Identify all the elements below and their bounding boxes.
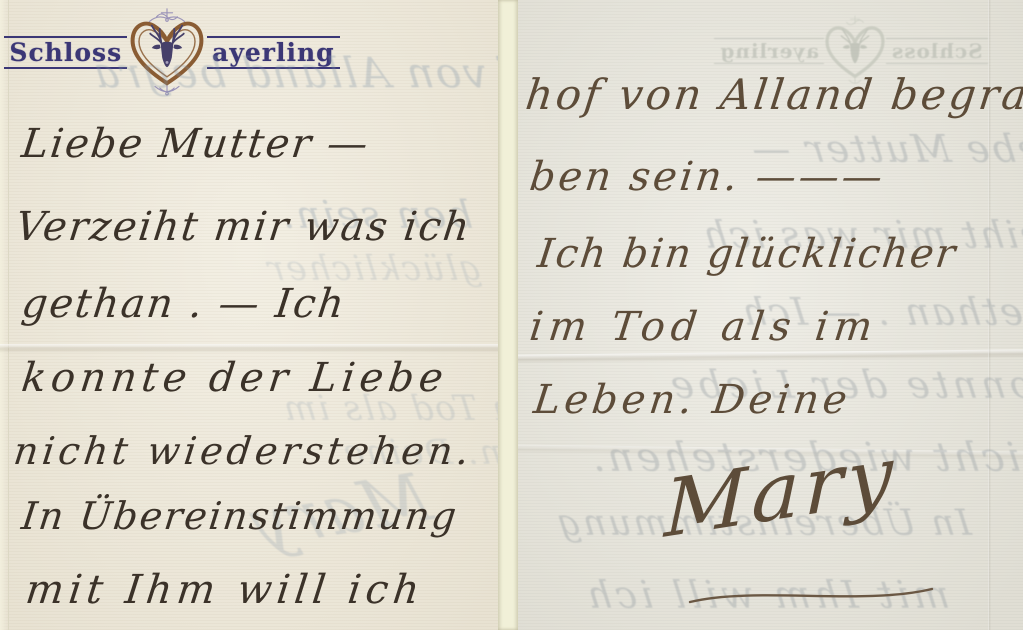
page-edge <box>0 0 9 630</box>
page-gap <box>498 0 518 630</box>
handwriting-line-salutation: Liebe Mutter — <box>20 124 372 164</box>
handwriting-line-closing: Leben. Deine <box>532 380 854 420</box>
letter-scan: Schloss <box>0 0 1023 630</box>
letter-page-left: Schloss <box>0 0 498 630</box>
handwriting-line: Verzeiht mir was ich <box>14 207 474 247</box>
handwriting-line: Ich bin glücklicher <box>536 234 960 274</box>
fold-crease <box>518 349 1023 363</box>
bleedthrough-line: hof von Alland begra <box>89 52 498 94</box>
handwriting-line: In Übereinstimmung <box>20 497 461 535</box>
letter-page-right: Schloss <box>518 0 1023 630</box>
handwriting-line: hof von Alland begra <box>523 74 1023 116</box>
handwriting-line: konnte der Liebe <box>20 358 451 398</box>
signature-flourish-icon <box>686 582 936 608</box>
bleedthrough-word-schloss: Schloss <box>886 38 988 64</box>
handwriting-line: ben sein. ——— <box>528 157 888 197</box>
handwriting-line: nicht wiederstehen. <box>12 432 475 470</box>
fold-crease <box>0 344 498 353</box>
bleedthrough-word-ayerling: ayerling <box>714 38 824 64</box>
handwriting-line: gethan . — Ich <box>20 284 348 324</box>
handwriting-line: im Tod als im <box>528 307 881 347</box>
handwriting-line: mit Ihm will ich <box>24 570 427 610</box>
